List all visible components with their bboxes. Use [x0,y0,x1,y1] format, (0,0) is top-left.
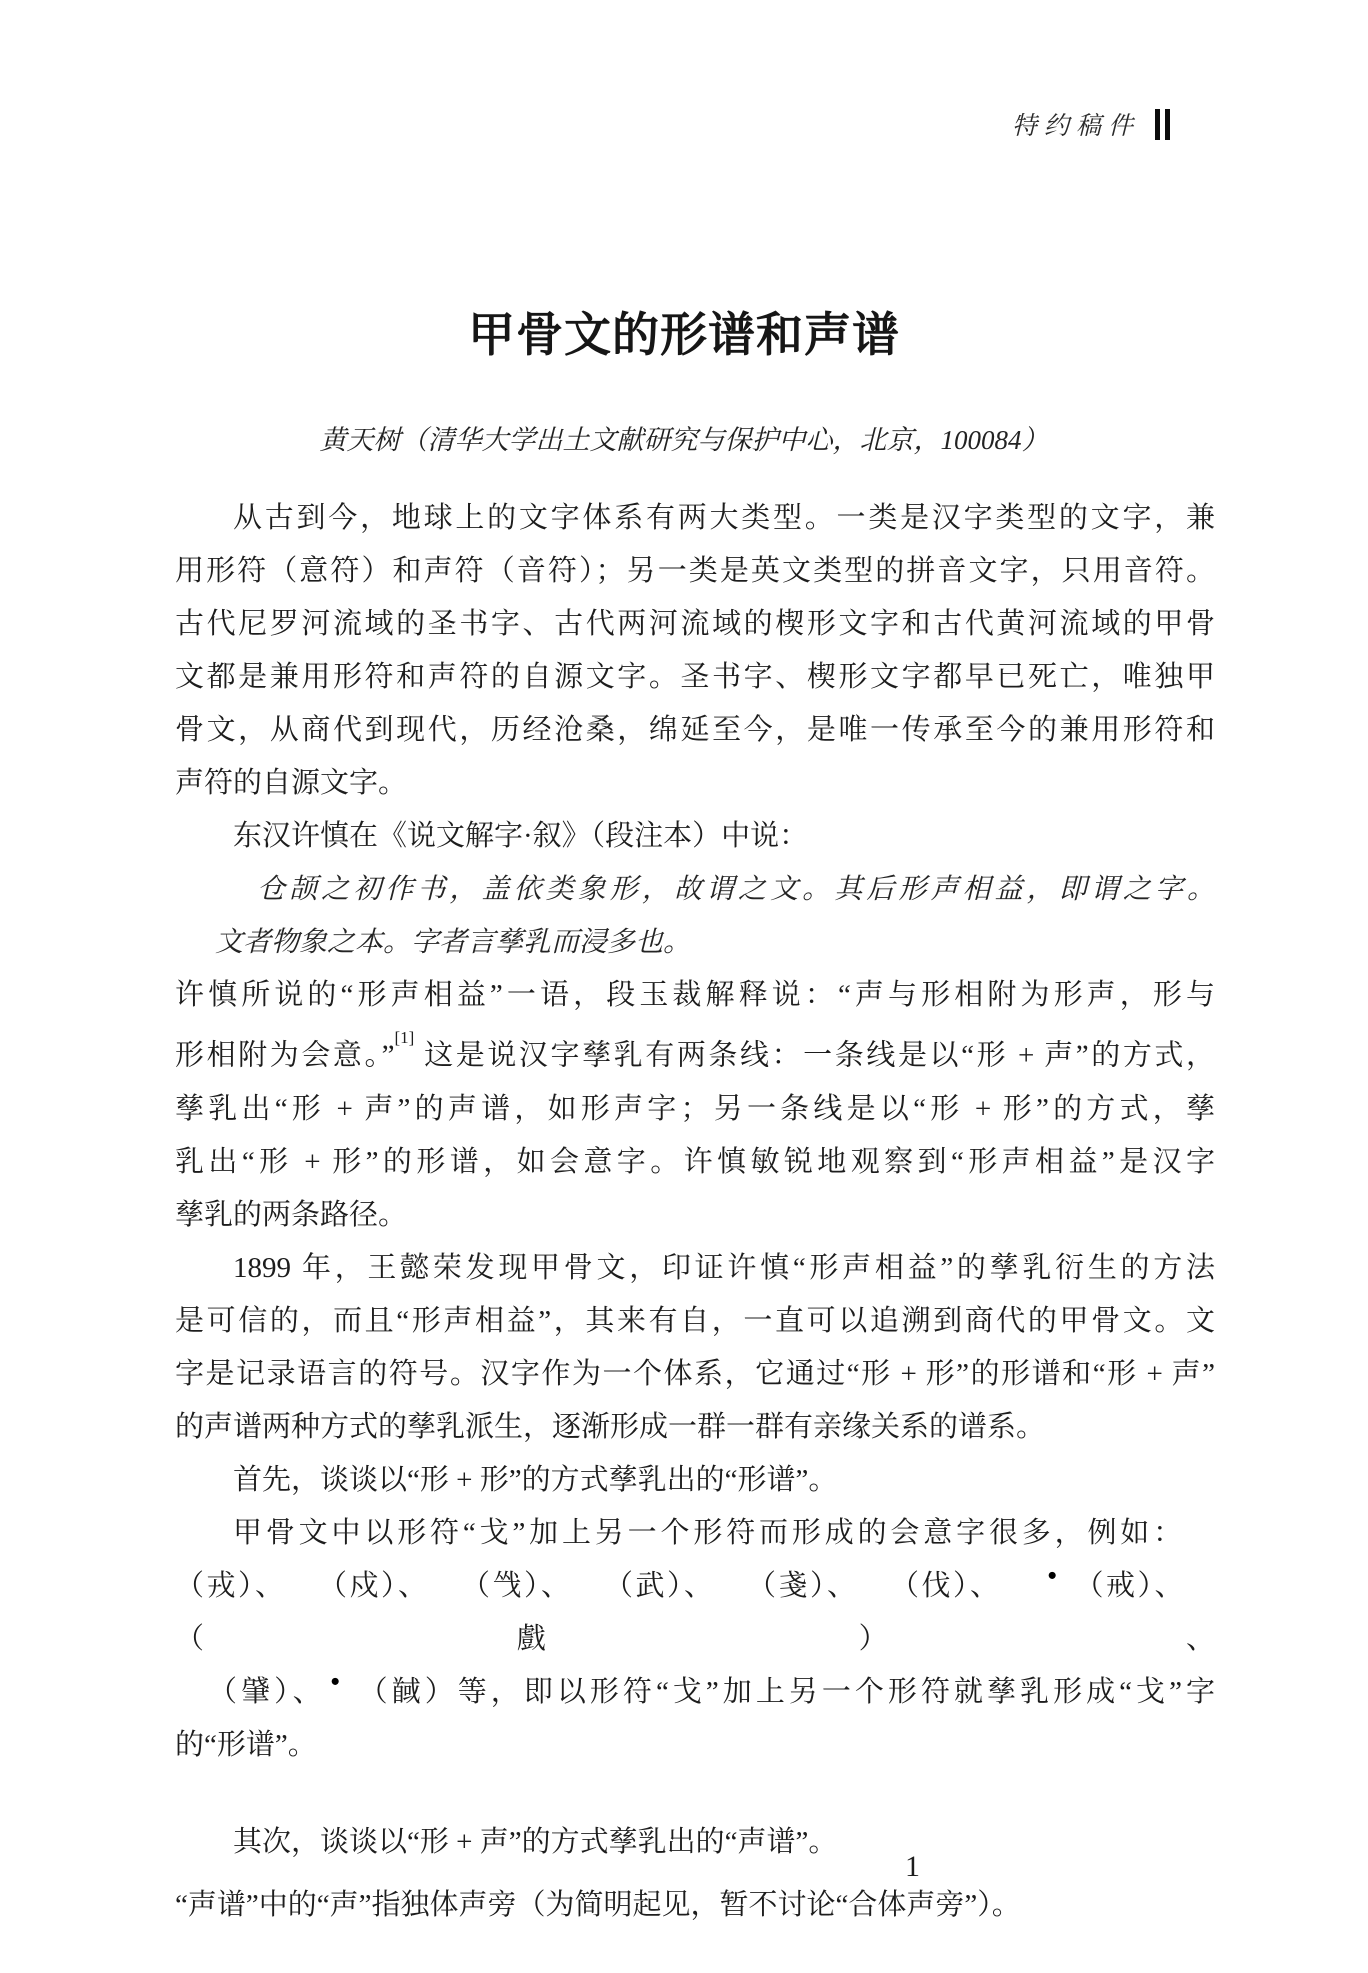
body-text-segment: （馘）等，即以形符“戈”加上另一个形符就孳乳形成“戈”字 [355,1676,1215,1708]
body-text-segment: （𢧐）、 [1031,1570,1044,1602]
body-line: 的声谱两种方式的孳乳派生，逐渐形成一群一群有亲缘关系的谱系。 [175,1401,1215,1454]
body-line: 古代尼罗河流域的圣书字、古代两河流域的楔形文字和古代黄河流域的甲骨 [175,598,1215,651]
oracle-glyph-jie [1046,1563,1069,1602]
body-line: 首先，谈谈以“形 + 形”的方式孳乳出的“形谱”。 [175,1454,1215,1507]
oracle-characters-row: （肈）、（馘）等，即以形符“戈”加上另一个形符就孳乳形成“戈”字 [175,1666,1215,1719]
oracle-characters-row: （戎）、（戍）、（㦰）、（武）、（戔）、（伐）、（𢧐）、（戒）、（戲）、 [175,1560,1215,1666]
body-text-segment: （戎）、 [175,1570,287,1602]
body-line: 孳乳出“形 + 声”的声谱，如形声字；另一条线是以“形 + 形”的方式，孳 [175,1083,1215,1136]
body-text-segment: （戔）、 [745,1570,859,1602]
oracle-glyph-shu [290,1563,313,1602]
body-line: 许慎所说的“形声相益”一语，段玉裁解释说：“声与形相附为形声，形与 [175,969,1215,1022]
body-line: 其次，谈谈以“形 + 声”的方式孳乳出的“声谱”。 [175,1816,1215,1869]
quote-line: 文者物象之本。字者言孳乳而浸多也。 [175,916,1215,969]
body-text-segment: （戍）、 [316,1570,430,1602]
footnote-pre-text: 形相附为会意。” [175,1040,394,1072]
footnote-marker: [1] [394,1028,414,1047]
body-text-segment: 甲骨文中以形符“戈”加上另一个形符而形成的会意字很多，例如： [233,1517,1186,1549]
page-number: 1 [905,1850,920,1884]
footnote-post-text: 这是说汉字孳乳有两条线：一条线是以“形 + 声”的方式， [414,1040,1215,1072]
oracle-glyph-fa [862,1563,885,1602]
oracle-glyph-xi [1189,1563,1212,1602]
document-page: 特约稿件 甲骨文的形谱和声谱 黄天树（清华大学出土文献研究与保护中心，北京，10… [0,0,1368,1973]
oracle-glyph-jian [433,1563,456,1602]
body-line: 1899 年，王懿荣发现甲骨文，印证许慎“形声相益”的孳乳衍生的方法 [175,1242,1215,1295]
oracle-intro-line: 甲骨文中以形符“戈”加上另一个形符而形成的会意字很多，例如： [175,1507,1215,1560]
body-line: 是可信的，而且“形声相益”，其来有自，一直可以追溯到商代的甲骨文。文 [175,1295,1215,1348]
body-text-segment: （伐）、 [888,1570,1002,1602]
oracle-glyph-wu [576,1563,599,1602]
body-line: 乳出“形 + 形”的形谱，如会意字。许慎敏锐地观察到“形声相益”是汉字 [175,1136,1215,1189]
body-text-segment: （戒）、 [1072,1570,1186,1602]
body-line: 从古到今，地球上的文字体系有两大类型。一类是汉字类型的文字，兼 [175,492,1215,545]
body-line: 骨文，从商代到现代，历经沧桑，绵延至今，是唯一传承至今的兼用形符和 [175,704,1215,757]
running-head-label: 特约稿件 [1012,106,1140,142]
body-line-with-footnote: 形相附为会意。”[1] 这是说汉字孳乳有两条线：一条线是以“形 + 声”的方式， [175,1022,1215,1083]
body-line: 的“形谱”。 [175,1719,1215,1772]
oracle-glyph-zhan [1005,1563,1028,1602]
running-head: 特约稿件 [1012,106,1170,142]
quote-line: 仓颉之初作书，盖依类象形，故谓之文。其后形声相益，即谓之字。 [175,863,1215,916]
body-line: 声符的自源文字。 [175,757,1215,810]
article-body: 从古到今，地球上的文字体系有两大类型。一类是汉字类型的文字，兼用形符（意符）和声… [175,492,1215,1932]
double-bar-icon [1150,109,1170,140]
body-text-segment: （戲）、 [175,1623,1215,1655]
oracle-glyph-rong [1189,1510,1212,1549]
body-line: 东汉许慎在《说文解字·叙》（段注本）中说： [175,810,1215,863]
body-text-segment: （肈）、 [204,1676,326,1708]
oracle-glyph-zhao [178,1669,201,1708]
author-line: 黄天树（清华大学出土文献研究与保护中心，北京，100084） [0,418,1368,457]
oracle-glyph-guo [329,1669,352,1708]
body-text-segment: （㦰）、 [459,1570,573,1602]
body-line: 孳乳的两条路径。 [175,1189,1215,1242]
article-title: 甲骨文的形谱和声谱 [0,298,1368,365]
body-line: “声谱”中的“声”指独体声旁（为简明起见，暂不讨论“合体声旁”）。 [175,1879,1215,1932]
body-line: 文都是兼用形符和声符的自源文字。圣书字、楔形文字都早已死亡，唯独甲 [175,651,1215,704]
body-line: 用形符（意符）和声符（音符）；另一类是英文类型的拼音文字，只用音符。 [175,545,1215,598]
oracle-glyph-can [719,1563,742,1602]
body-text-segment: （武）、 [602,1570,716,1602]
body-line: 字是记录语言的符号。汉字作为一个体系，它通过“形 + 形”的形谱和“形 + 声” [175,1348,1215,1401]
